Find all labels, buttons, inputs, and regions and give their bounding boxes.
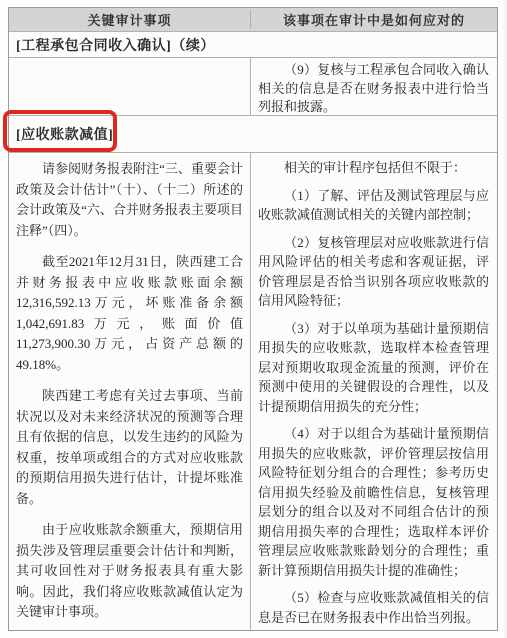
matter-paragraph: 请参阅财务报表附注“三、重要会计政策及会计估计”（十）、（十二）所述的会计政策及… (16, 159, 243, 241)
response-item: （4）对于以组合为基础计量预期信用损失的应收账款，评价管理层按信用风险特征划分组… (258, 424, 489, 580)
section-title-receivables-impairment: [应收账款减值] (9, 116, 497, 153)
table-row-kam-content: 请参阅财务报表附注“三、重要会计政策及会计估计”（十）、（十二）所述的会计政策及… (9, 153, 497, 630)
response-item: （2）复核管理层对应收账款进行信用风险评估的相关考虑和客观证据，评价管理层是否恰… (258, 233, 489, 311)
scanned-document-page: 关键审计事项 该事项在审计中是如何应对的 [工程承包合同收入确认]（续） （9）… (0, 0, 507, 638)
matter-paragraph: 截至2021年12月31日，陕西建工合并财务报表中应收账款账面余额12,316,… (16, 252, 243, 375)
response-item: （1）了解、评估及测试管理层与应收账款减值测试相关的关键内部控制； (258, 186, 489, 225)
audit-response-cell: 相关的审计程序包括但不限于： （1）了解、评估及测试管理层与应收账款减值测试相关… (251, 153, 497, 630)
matter-description-cell: 请参阅财务报表附注“三、重要会计政策及会计估计”（十）、（十二）所述的会计政策及… (9, 153, 251, 630)
section-title-label: [工程承包合同收入确认]（续） (16, 35, 215, 55)
column-header-key-audit-matters: 关键审计事项 (9, 10, 251, 29)
section-title-contract-revenue-continued: [工程承包合同收入确认]（续） (9, 32, 497, 58)
response-9-cell: （9）复核与工程承包合同收入确认相关的信息是否在财务报表中进行恰当列报和披露。 (251, 58, 497, 115)
response-intro: 相关的审计程序包括但不限于： (258, 158, 489, 178)
matter-paragraph: 由于应收账款余额重大，预期信用损失涉及管理层重要会计估计和判断，其可收回性对于财… (16, 520, 243, 623)
column-header-audit-response: 该事项在审计中是如何应对的 (251, 10, 497, 29)
matter-paragraph: 陕西建工考虑有关过去事项、当前状况以及对未来经济状况的预测等合理且有依据的信息，… (16, 386, 243, 509)
response-item: （5）检查与应收账款减值相关的信息是否已在财务报表中作出恰当列报。 (258, 588, 489, 627)
response-item: （3）对于以单项为基础计量预期信用损失的应收账款，选取样本检查管理层对预期收取现… (258, 319, 489, 417)
table-row-response-9: （9）复核与工程承包合同收入确认相关的信息是否在财务报表中进行恰当列报和披露。 (9, 58, 497, 116)
key-audit-matters-table: 关键审计事项 该事项在审计中是如何应对的 [工程承包合同收入确认]（续） （9）… (8, 7, 498, 631)
table-header-row: 关键审计事项 该事项在审计中是如何应对的 (9, 8, 497, 32)
empty-matter-cell (9, 58, 251, 115)
section-title-label: [应收账款减值] (16, 124, 113, 144)
response-item-9: （9）复核与工程承包合同收入确认相关的信息是否在财务报表中进行恰当列报和披露。 (258, 61, 489, 115)
